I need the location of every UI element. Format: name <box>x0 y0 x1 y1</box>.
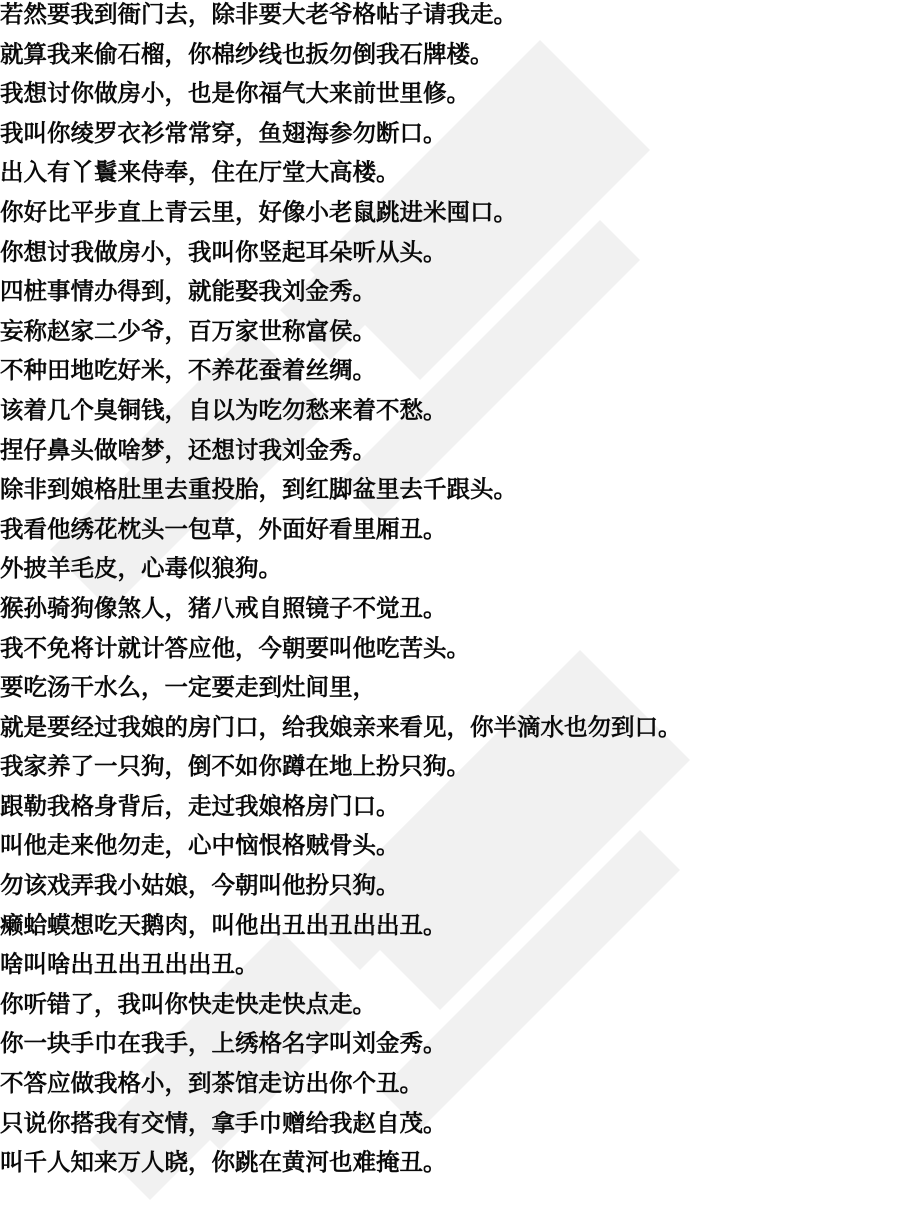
text-line: 叫千人知来万人晓，你跳在黄河也难掩丑。 <box>0 1148 682 1188</box>
text-line: 不种田地吃好米，不养花蚕着丝绸。 <box>0 356 682 396</box>
text-line: 若然要我到衙门去，除非要大老爷格帖子请我走。 <box>0 0 682 40</box>
text-line: 叫他走来他勿走，心中恼恨格贼骨头。 <box>0 831 682 871</box>
text-line: 只说你搭我有交情，拿手巾赠给我赵自茂。 <box>0 1109 682 1149</box>
text-line: 我想讨你做房小，也是你福气大来前世里修。 <box>0 79 682 119</box>
text-line: 啥叫啥出丑出丑出出丑。 <box>0 950 682 990</box>
text-line: 捏仔鼻头做啥梦，还想讨我刘金秀。 <box>0 436 682 476</box>
text-line: 勿该戏弄我小姑娘，今朝叫他扮只狗。 <box>0 871 682 911</box>
text-line: 四桩事情办得到，就能娶我刘金秀。 <box>0 277 682 317</box>
text-line: 我家养了一只狗，倒不如你蹲在地上扮只狗。 <box>0 752 682 792</box>
text-line: 你一块手巾在我手，上绣格名字叫刘金秀。 <box>0 1029 682 1069</box>
text-line: 你想讨我做房小，我叫你竖起耳朵听从头。 <box>0 238 682 278</box>
text-line: 就是要经过我娘的房门口，给我娘亲来看见，你半滴水也勿到口。 <box>0 713 682 753</box>
text-line: 该着几个臭铜钱，自以为吃勿愁来着不愁。 <box>0 396 682 436</box>
text-line: 我叫你绫罗衣衫常常穿，鱼翅海参勿断口。 <box>0 119 682 159</box>
text-line: 跟勒我格身背后，走过我娘格房门口。 <box>0 792 682 832</box>
text-line: 除非到娘格肚里去重投胎，到红脚盆里去千跟头。 <box>0 475 682 515</box>
text-line: 你好比平步直上青云里，好像小老鼠跳进米囤口。 <box>0 198 682 238</box>
text-line: 你听错了，我叫你快走快走快点走。 <box>0 990 682 1030</box>
text-line: 妄称赵家二少爷，百万家世称富侯。 <box>0 317 682 357</box>
text-line: 我不免将计就计答应他，今朝要叫他吃苦头。 <box>0 634 682 674</box>
document-body: 若然要我到衙门去，除非要大老爷格帖子请我走。 就算我来偷石榴，你棉纱线也扳勿倒我… <box>0 0 682 1188</box>
text-line: 就算我来偷石榴，你棉纱线也扳勿倒我石牌楼。 <box>0 40 682 80</box>
text-line: 不答应做我格小，到茶馆走访出你个丑。 <box>0 1069 682 1109</box>
text-line: 要吃汤干水么，一定要走到灶间里， <box>0 673 682 713</box>
text-line: 外披羊毛皮，心毒似狼狗。 <box>0 554 682 594</box>
text-line: 我看他绣花枕头一包草，外面好看里厢丑。 <box>0 515 682 555</box>
text-line: 出入有丫鬟来侍奉，住在厅堂大高楼。 <box>0 158 682 198</box>
text-line: 猴孙骑狗像煞人，猪八戒自照镜子不觉丑。 <box>0 594 682 634</box>
text-line: 癞蛤蟆想吃天鹅肉，叫他出丑出丑出出丑。 <box>0 911 682 951</box>
